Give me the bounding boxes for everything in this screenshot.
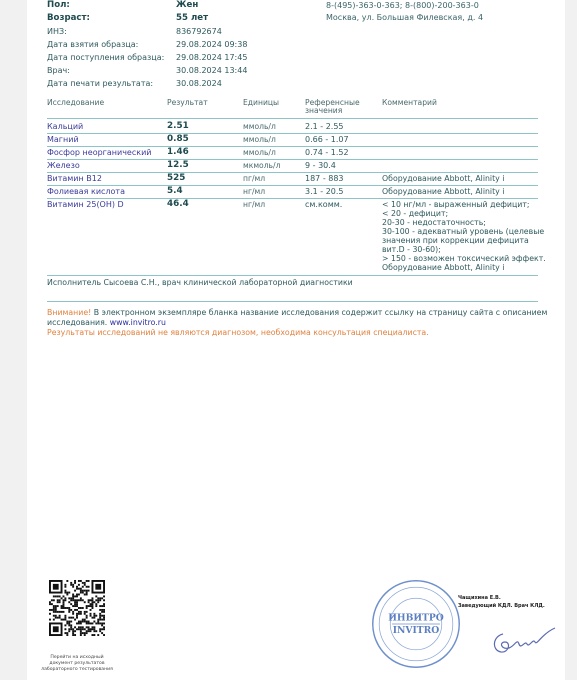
- notice-attention: Внимание!: [47, 308, 91, 317]
- test-comment-line: 20-30 - недостаточность;: [382, 218, 486, 227]
- col-header-comment: Комментарий: [382, 98, 437, 108]
- test-comment: Оборудование Abbott, Alinity i: [382, 187, 504, 197]
- test-comment: Оборудование Abbott, Alinity i: [382, 174, 504, 184]
- notice-line-1: Внимание! В электронном экземпляре бланк…: [47, 308, 547, 318]
- test-result: 1.46: [167, 147, 189, 157]
- test-units: пг/мл: [243, 174, 265, 184]
- test-reference: 9 - 30.4: [305, 161, 336, 171]
- lab-address: Москва, ул. Большая Филевская, д. 4: [326, 13, 483, 23]
- sample-taken-label: Дата взятия образца:: [47, 40, 138, 50]
- signer-title: Заведующий КДЛ. Врач КЛД.: [458, 602, 545, 610]
- test-units: нг/мл: [243, 187, 265, 197]
- notice-line-2: исследования. www.invitro.ru: [47, 318, 166, 328]
- test-comment-line: Оборудование Abbott, Alinity i: [382, 263, 504, 272]
- doctor-label: Врач:: [47, 66, 70, 76]
- test-reference: 0.66 - 1.07: [305, 135, 349, 145]
- test-name-link[interactable]: Витамин B12: [47, 174, 102, 184]
- age-label: Возраст:: [47, 13, 90, 23]
- print-date-value: 30.08.2024: [176, 79, 222, 89]
- print-date-label: Дата печати результата:: [47, 79, 153, 89]
- executor-divider: [47, 301, 538, 302]
- test-name-link[interactable]: Магний: [47, 135, 79, 145]
- test-units: ммоль/л: [243, 148, 276, 158]
- signature-icon: [489, 620, 559, 660]
- test-comment-line: вит.D - 30-60);: [382, 245, 441, 254]
- row-divider: [47, 133, 538, 134]
- test-result: 2.51: [167, 121, 189, 131]
- qr-caption: Перейти на исходный документ результатов…: [37, 655, 117, 673]
- disclaimer: Результаты исследований не являются диаг…: [47, 328, 429, 338]
- col-header-reference-2: значения: [305, 106, 342, 116]
- test-result: 46.4: [167, 199, 189, 209]
- svg-text:INVITRO: INVITRO: [393, 625, 440, 636]
- test-comment-line: < 20 - дефицит;: [382, 209, 448, 218]
- test-units: ммоль/л: [243, 122, 276, 132]
- test-result: 12.5: [167, 160, 189, 170]
- row-divider: [47, 146, 538, 147]
- invitro-link[interactable]: www.invitro.ru: [110, 318, 166, 327]
- test-name-link[interactable]: Железо: [47, 161, 80, 171]
- test-units: нг/мл: [243, 200, 265, 210]
- row-divider: [47, 185, 538, 186]
- col-header-test: Исследование: [47, 98, 104, 108]
- test-reference: 2.1 - 2.55: [305, 122, 344, 132]
- sample-received-value: 29.08.2024 17:45: [176, 53, 247, 63]
- test-result: 0.85: [167, 134, 189, 144]
- signer-block: Чащихина Е.В. Заведующий КДЛ. Врач КЛД.: [458, 594, 545, 610]
- executor-text: Исполнитель Сысоева С.Н., врач клиническ…: [47, 278, 353, 288]
- age-value: 55 лет: [176, 13, 208, 23]
- test-reference: 187 - 883: [305, 174, 344, 184]
- test-reference: 3.1 - 20.5: [305, 187, 344, 197]
- svg-text:ИНВИТРО: ИНВИТРО: [388, 612, 444, 623]
- table-divider: [47, 118, 538, 119]
- sex-value: Жен: [176, 0, 198, 10]
- doctor-value: 30.08.2024 13:44: [176, 66, 247, 76]
- lab-phones: 8-(495)-363-0-363; 8-(800)-200-363-0: [326, 1, 479, 11]
- sample-taken-value: 29.08.2024 09:38: [176, 40, 247, 50]
- invitro-stamp-icon: ИНВИТРО INVITRO: [370, 578, 462, 670]
- test-result: 5.4: [167, 186, 183, 196]
- test-reference: см.комм.: [305, 200, 342, 210]
- inz-value: 836792674: [176, 27, 222, 37]
- test-name-link[interactable]: Витамин 25(OH) D: [47, 200, 124, 210]
- test-units: мкмоль/л: [243, 161, 280, 171]
- row-divider: [47, 198, 538, 199]
- notice-text-1: В электронном экземпляре бланка название…: [91, 308, 547, 317]
- table-bottom-line: [47, 275, 538, 276]
- inz-label: ИНЗ:: [47, 27, 67, 37]
- col-header-result: Результат: [167, 98, 208, 108]
- test-name-link[interactable]: Фосфор неорганический: [47, 148, 151, 158]
- test-comment-line: 30-100 - адекватный уровень (целевые: [382, 227, 544, 236]
- test-reference: 0.74 - 1.52: [305, 148, 349, 158]
- test-name-link[interactable]: Фолиевая кислота: [47, 187, 125, 197]
- sex-label: Пол:: [47, 0, 70, 10]
- lab-report-page: Пол: Жен Возраст: 55 лет ИНЗ: 836792674 …: [27, 0, 565, 680]
- sample-received-label: Дата поступления образца:: [47, 53, 164, 63]
- signer-name: Чащихина Е.В.: [458, 594, 545, 602]
- test-comment-line: значения при коррекции дефицита: [382, 236, 529, 245]
- test-comment-line: < 10 нг/мл - выраженный дефицит;: [382, 200, 530, 209]
- test-comment-line: > 150 - возможен токсический эффект.: [382, 254, 546, 263]
- qr-caption-line-3: лабораторного тестирования: [37, 667, 117, 673]
- row-divider: [47, 172, 538, 173]
- row-divider: [47, 159, 538, 160]
- qr-code[interactable]: [49, 580, 105, 636]
- notice-text-2: исследования.: [47, 318, 110, 327]
- test-result: 525: [167, 173, 185, 183]
- col-header-units: Единицы: [243, 98, 279, 108]
- test-name-link[interactable]: Кальций: [47, 122, 83, 132]
- test-units: ммоль/л: [243, 135, 276, 145]
